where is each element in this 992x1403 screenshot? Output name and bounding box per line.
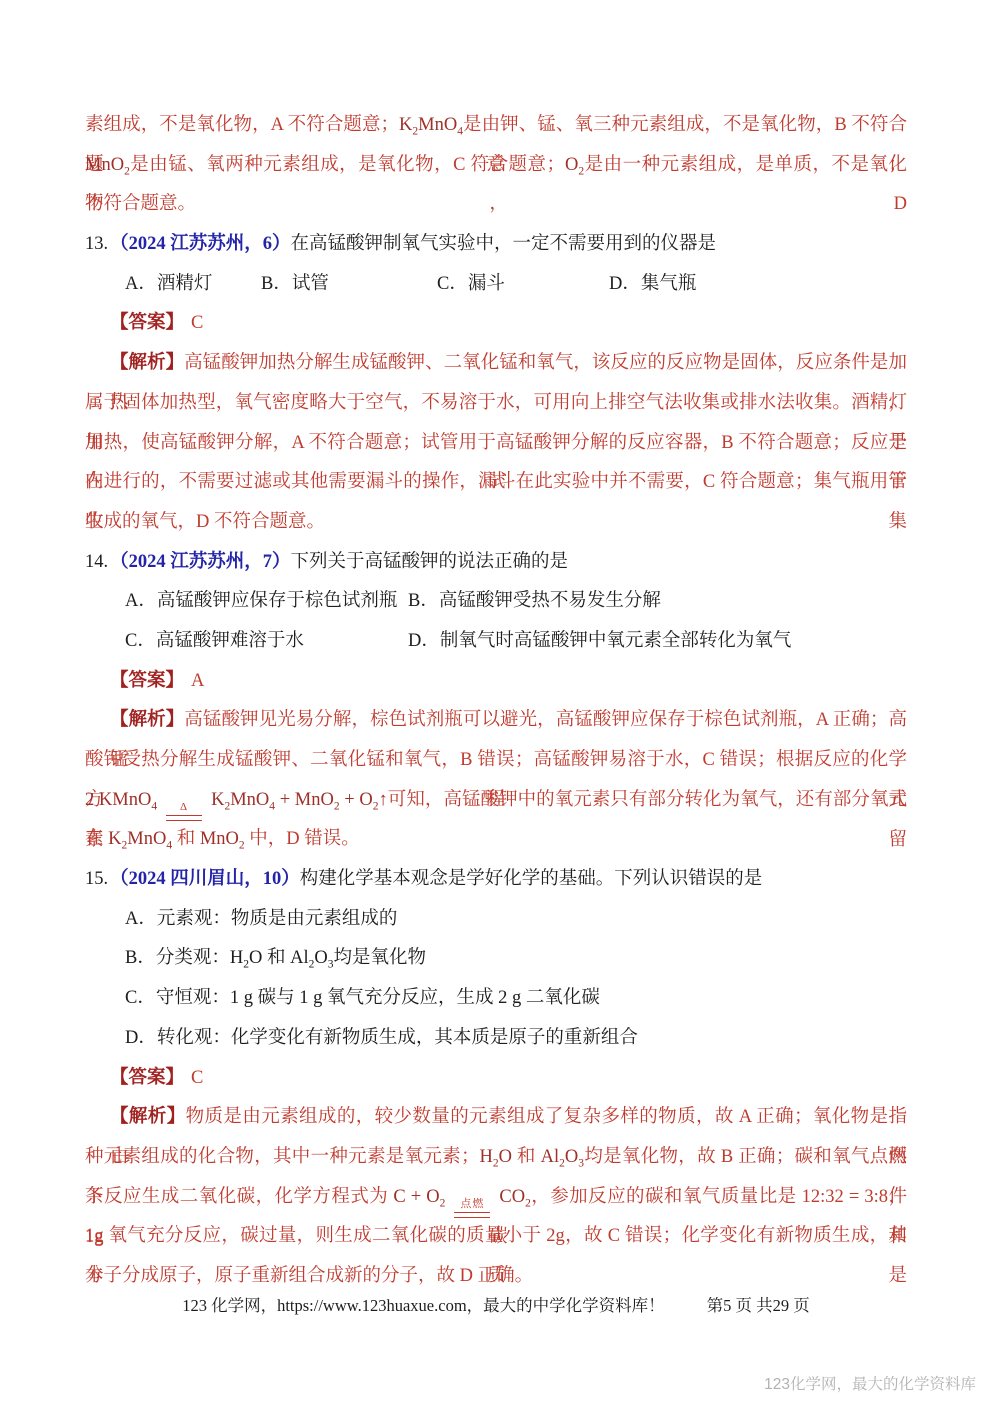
- analysis-line: 酸钾受热分解生成锰酸钾、二氧化锰和氧气，B 错误；高锰酸钾易溶于水，C 错误；根…: [85, 741, 907, 781]
- text-run: K: [211, 790, 224, 810]
- text-run: 制氧气时高锰酸钾中氧元素全部转化为氧气: [440, 631, 792, 651]
- analysis-line: 种元素组成的化合物，其中一种元素是氧元素；H2O 和 Al2O3均是氧化物，故 …: [85, 1138, 907, 1178]
- text-run: 漏斗: [468, 274, 505, 294]
- option-label: B．: [261, 274, 292, 294]
- option-label: A．: [125, 274, 157, 294]
- text-run: H: [479, 1147, 492, 1167]
- text-run: 分子分成原子，原子重新组合成新的分子，故 D 正确。: [85, 1266, 533, 1286]
- text-run: 和: [512, 1147, 541, 1167]
- answer-value: C: [184, 313, 203, 333]
- question-stem: 构建化学基本观念是学好化学的基础。下列认识错误的是: [300, 869, 763, 889]
- analysis-label: 【解析】: [110, 1107, 186, 1127]
- option-label: C．: [437, 274, 468, 294]
- text-run: 守恒观：1 g 碳与 1 g 氧气充分反应，生成 2 g 二氧化碳: [156, 988, 600, 1008]
- options-row: A．元素观：物质是由元素组成的: [85, 900, 907, 940]
- answer-line: 【答案】C: [85, 1059, 907, 1099]
- analysis-line: 加热，使高锰酸钾分解，A 不符合题意；试管用于高锰酸钾分解的反应容器，B 不符合…: [85, 424, 907, 464]
- option-label: D．: [408, 631, 440, 651]
- option-label: D．: [609, 274, 641, 294]
- analysis-line: 【解析】高锰酸钾加热分解生成锰酸钾、二氧化锰和氧气，该反应的反应物是固体，反应条…: [85, 344, 907, 384]
- text-run: H: [230, 948, 243, 968]
- answer-label: 【答案】: [110, 313, 184, 333]
- text-run: CO: [499, 1187, 525, 1207]
- analysis-line: 内进行的，不需要过滤或其他需要漏斗的操作，漏斗在此实验中并不需要，C 符合题意；…: [85, 463, 907, 503]
- text-run: MnO: [200, 829, 239, 849]
- analysis-line: 2 KMnO4ΔK2MnO4 + MnO2 + O2↑可知，高锰酸钾中的氧元素只…: [85, 781, 907, 821]
- text-run: + MnO: [275, 790, 334, 810]
- option-label: C．: [125, 988, 156, 1008]
- option-A: A．元素观：物质是由元素组成的: [125, 900, 397, 940]
- option-label: B．: [408, 591, 439, 611]
- option-B: B．分类观：H2O 和 Al2O3均是氧化物: [125, 939, 426, 979]
- text-run: 分类观：: [156, 948, 230, 968]
- text-run: 是由锰、氧两种元素组成，是氧化物，C 符合题意；: [130, 155, 565, 175]
- question-source: （2024 四川眉山，10）: [110, 869, 300, 889]
- subscript: 2: [440, 1197, 446, 1209]
- answer-line: 【答案】A: [85, 662, 907, 702]
- question-title: 13.（2024 江苏苏州，6）在高锰酸钾制氧气实验中，一定不需要用到的仪器是: [85, 225, 907, 265]
- answer-value: A: [184, 671, 204, 691]
- text-run: 下反应生成二氧化碳，化学方程式为: [85, 1187, 393, 1207]
- text-run: 转化观：化学变化有新物质生成，其本质是原子的重新组合: [157, 1028, 638, 1048]
- document-page: 素组成，不是氧化物，A 不符合题意；K2MnO4是由钾、锰、氧三种元素组成，不是…: [0, 0, 992, 1403]
- option-A: A．高锰酸钾应保存于棕色试剂瓶: [125, 582, 408, 622]
- analysis-line: 下反应生成二氧化碳，化学方程式为 C + O2点燃CO2，参加反应的碳和氧气质量…: [85, 1178, 907, 1218]
- option-C: C．漏斗: [437, 265, 609, 305]
- text-run: O: [565, 155, 578, 175]
- subscript: 4: [151, 800, 157, 812]
- text-run: 生成的氧气，D 不符合题意。: [85, 512, 325, 532]
- options-row: C．守恒观：1 g 碳与 1 g 氧气充分反应，生成 2 g 二氧化碳: [85, 979, 907, 1019]
- text-run: 元素观：物质是由元素组成的: [157, 909, 398, 929]
- reaction-condition: 点燃: [454, 1199, 490, 1218]
- option-D: D．制氧气时高锰酸钾中氧元素全部转化为氧气: [408, 622, 791, 662]
- analysis-continuation-line: 素组成，不是氧化物，A 不符合题意；K2MnO4是由钾、锰、氧三种元素组成，不是…: [85, 106, 907, 146]
- analysis-label: 【解析】: [110, 353, 184, 373]
- option-C: C．高锰酸钾难溶于水: [125, 622, 408, 662]
- answer-value: C: [184, 1068, 203, 1088]
- text-run: O: [565, 1147, 578, 1167]
- text-run: 酒精灯: [157, 274, 213, 294]
- answer-label: 【答案】: [110, 1068, 184, 1088]
- text-run: 和: [262, 948, 290, 968]
- text-run: 在: [85, 829, 108, 849]
- text-run: 中，D 错误。: [245, 829, 360, 849]
- question-stem: 在高锰酸钾制氧气实验中，一定不需要用到的仪器是: [291, 234, 717, 254]
- option-C: C．守恒观：1 g 碳与 1 g 氧气充分反应，生成 2 g 二氧化碳: [125, 979, 600, 1019]
- text-run: + O: [340, 790, 373, 810]
- answer-line: 【答案】C: [85, 304, 907, 344]
- text-run: K: [108, 829, 121, 849]
- analysis-line: 1g 氧气充分反应，碳过量，则生成二氧化碳的质量小于 2g，故 C 错误；化学变…: [85, 1217, 907, 1257]
- option-B: B．高锰酸钾受热不易发生分解: [408, 582, 661, 622]
- text-run: 2 KMnO: [85, 790, 151, 810]
- option-A: A．酒精灯: [125, 265, 261, 305]
- text-run: 高锰酸钾受热不易发生分解: [439, 591, 661, 611]
- text-run: 高锰酸钾难溶于水: [156, 631, 304, 651]
- document-content: 素组成，不是氧化物，A 不符合题意；K2MnO4是由钾、锰、氧三种元素组成，不是…: [85, 106, 907, 1297]
- text-run: O: [249, 948, 262, 968]
- text-run: 种元素组成的化合物，其中一种元素是氧元素；: [85, 1147, 479, 1167]
- options-row: D．转化观：化学变化有新物质生成，其本质是原子的重新组合: [85, 1019, 907, 1059]
- option-label: A．: [125, 909, 157, 929]
- text-run: Al: [541, 1147, 560, 1167]
- watermark: 123化学网，最大的化学资料库: [764, 1372, 976, 1394]
- text-run: 试管: [292, 274, 329, 294]
- analysis-line: 属于固体加热型，氧气密度略大于空气，不易溶于水，可用向上排空气法收集或排水法收集…: [85, 384, 907, 424]
- page-number-indicator: 第5 页 共29 页: [707, 1296, 810, 1315]
- analysis-continuation-line: MnO2是由锰、氧两种元素组成，是氧化物，C 符合题意；O2是由一种元素组成，是…: [85, 146, 907, 186]
- analysis-line: 【解析】物质是由元素组成的，较少数量的元素组成了复杂多样的物质，故 A 正确；氧…: [85, 1098, 907, 1138]
- option-B: B．试管: [261, 265, 437, 305]
- text-run: MnO: [85, 155, 124, 175]
- question-source: （2024 江苏苏州，7）: [110, 552, 290, 572]
- condition-label: 点燃: [460, 1199, 484, 1210]
- text-run: 和: [172, 829, 200, 849]
- option-label: B．: [125, 948, 156, 968]
- option-D: D．转化观：化学变化有新物质生成，其本质是原子的重新组合: [125, 1019, 638, 1059]
- question-number: 15.: [85, 869, 110, 889]
- question-stem: 下列关于高锰酸钾的说法正确的是: [291, 552, 569, 572]
- condition-label: Δ: [180, 802, 188, 813]
- options-row: A．高锰酸钾应保存于棕色试剂瓶B．高锰酸钾受热不易发生分解: [85, 582, 907, 622]
- text-run: 集气瓶: [641, 274, 697, 294]
- options-row: B．分类观：H2O 和 Al2O3均是氧化物: [85, 939, 907, 979]
- reaction-condition: Δ: [166, 802, 202, 821]
- answer-label: 【答案】: [110, 671, 184, 691]
- options-row: A．酒精灯B．试管C．漏斗D．集气瓶: [85, 265, 907, 305]
- text-run: MnO: [418, 115, 457, 135]
- question-number: 13.: [85, 234, 110, 254]
- text-run: O: [499, 1147, 512, 1167]
- text-run: 均是氧化物: [334, 948, 427, 968]
- option-label: C．: [125, 631, 156, 651]
- text-run: 不符合题意。: [85, 194, 196, 214]
- question-title: 15.（2024 四川眉山，10）构建化学基本观念是学好化学的基础。下列认识错误…: [85, 860, 907, 900]
- text-run: MnO: [230, 790, 269, 810]
- question-number: 14.: [85, 552, 110, 572]
- text-run: 素组成，不是氧化物，A 不符合题意；: [85, 115, 399, 135]
- options-row: C．高锰酸钾难溶于水D．制氧气时高锰酸钾中氧元素全部转化为氧气: [85, 622, 907, 662]
- page-footer: 123 化学网，https://www.123huaxue.com，最大的中学化…: [0, 1291, 992, 1321]
- text-run: O: [314, 948, 327, 968]
- option-label: D．: [125, 1028, 157, 1048]
- text-run: K: [399, 115, 412, 135]
- question-source: （2024 江苏苏州，6）: [110, 234, 290, 254]
- text-run: ↑: [379, 790, 388, 810]
- text-run: Al: [290, 948, 309, 968]
- option-label: A．: [125, 591, 157, 611]
- text-run: MnO: [127, 829, 166, 849]
- option-D: D．集气瓶: [609, 265, 696, 305]
- footer-site-text: 123 化学网，https://www.123huaxue.com，最大的中学化…: [182, 1296, 664, 1315]
- analysis-line: 【解析】高锰酸钾见光易分解，棕色试剂瓶可以避光，高锰酸钾应保存于棕色试剂瓶，A …: [85, 701, 907, 741]
- question-title: 14.（2024 江苏苏州，7）下列关于高锰酸钾的说法正确的是: [85, 543, 907, 583]
- text-run: C + O: [393, 1187, 439, 1207]
- text-run: 高锰酸钾应保存于棕色试剂瓶: [157, 591, 398, 611]
- analysis-label: 【解析】: [110, 710, 184, 730]
